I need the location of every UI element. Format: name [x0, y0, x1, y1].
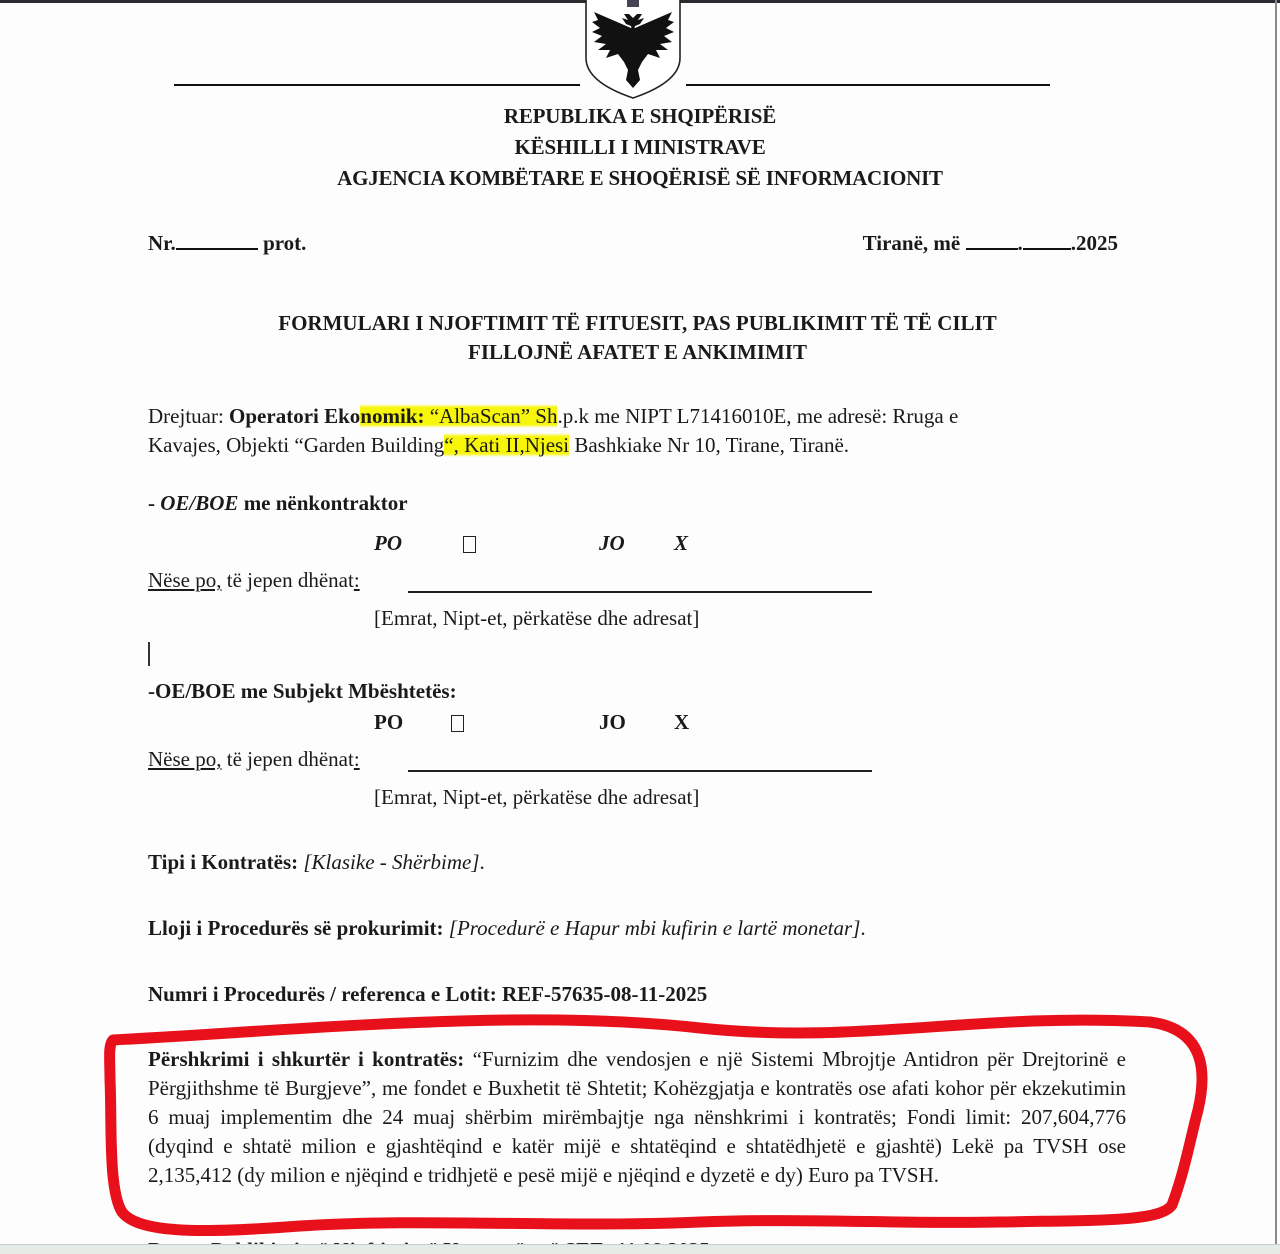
support-entity-details-hint: [Emrat, Nipt-et, përkatëse dhe adresat]	[374, 785, 699, 810]
republic-heading: REPUBLIKA E SHQIPËRISË	[0, 104, 1280, 129]
subcontractor-details-prompt: Nëse po, të jepen dhënat:	[148, 568, 360, 593]
header-rule-right	[686, 84, 1050, 86]
header-rule-left	[174, 84, 580, 86]
date-month-blank	[1023, 232, 1071, 250]
subcontractor-no-mark[interactable]: X	[674, 531, 688, 556]
support-entity-heading: -OE/BOE me Subjekt Mbështetës:	[148, 679, 457, 704]
council-heading: KËSHILLI I MINISTRAVE	[0, 135, 1280, 160]
contract-description: Përshkrimi i shkurtër i kontratës: “Furn…	[148, 1045, 1126, 1190]
support-entity-yes-label: PO	[374, 710, 403, 735]
support-entity-details-prompt: Nëse po, të jepen dhënat:	[148, 747, 360, 772]
support-entity-no-mark[interactable]: X	[674, 710, 689, 735]
subcontractor-heading: - OE/BOE me nënkontraktor	[148, 491, 408, 516]
albanian-eagle-icon	[584, 0, 682, 100]
support-entity-yes-checkbox[interactable]	[451, 715, 464, 732]
form-title: FORMULARI I NJOFTIMIT TË FITUESIT, PAS P…	[0, 309, 1275, 367]
subcontractor-no-label: JO	[599, 531, 625, 556]
procedure-type-field: Lloji i Procedurës së prokurimit: [Proce…	[148, 916, 866, 941]
subcontractor-details-field[interactable]	[408, 591, 872, 593]
subcontractor-details-hint: [Emrat, Nipt-et, përkatëse dhe adresat]	[374, 606, 699, 631]
bottom-edge-strip	[0, 1244, 1280, 1254]
procedure-reference-field: Numri i Procedurës / referenca e Lotit: …	[148, 982, 707, 1007]
contract-type-field: Tipi i Kontratës: [Klasike - Shërbime].	[148, 850, 485, 875]
protocol-number-blank	[176, 232, 258, 250]
agency-heading: AGJENCIA KOMBËTARE E SHOQËRISË SË INFORM…	[0, 166, 1280, 191]
protocol-number: Nr. prot.	[148, 231, 306, 256]
support-entity-no-label: JO	[599, 710, 626, 735]
date-day-blank	[966, 232, 1018, 250]
place-date: Tiranë, më ..2025	[863, 231, 1118, 256]
subcontractor-yes-label: PO	[374, 531, 402, 556]
highlighted-company: “AlbaScan” Sh	[424, 404, 557, 428]
support-entity-details-field[interactable]	[408, 770, 872, 772]
addressee-paragraph: Drejtuar: Operatori Ekonomik: “AlbaScan”…	[148, 402, 1118, 460]
subcontractor-yes-checkbox[interactable]	[463, 536, 476, 553]
text-cursor	[148, 642, 150, 666]
